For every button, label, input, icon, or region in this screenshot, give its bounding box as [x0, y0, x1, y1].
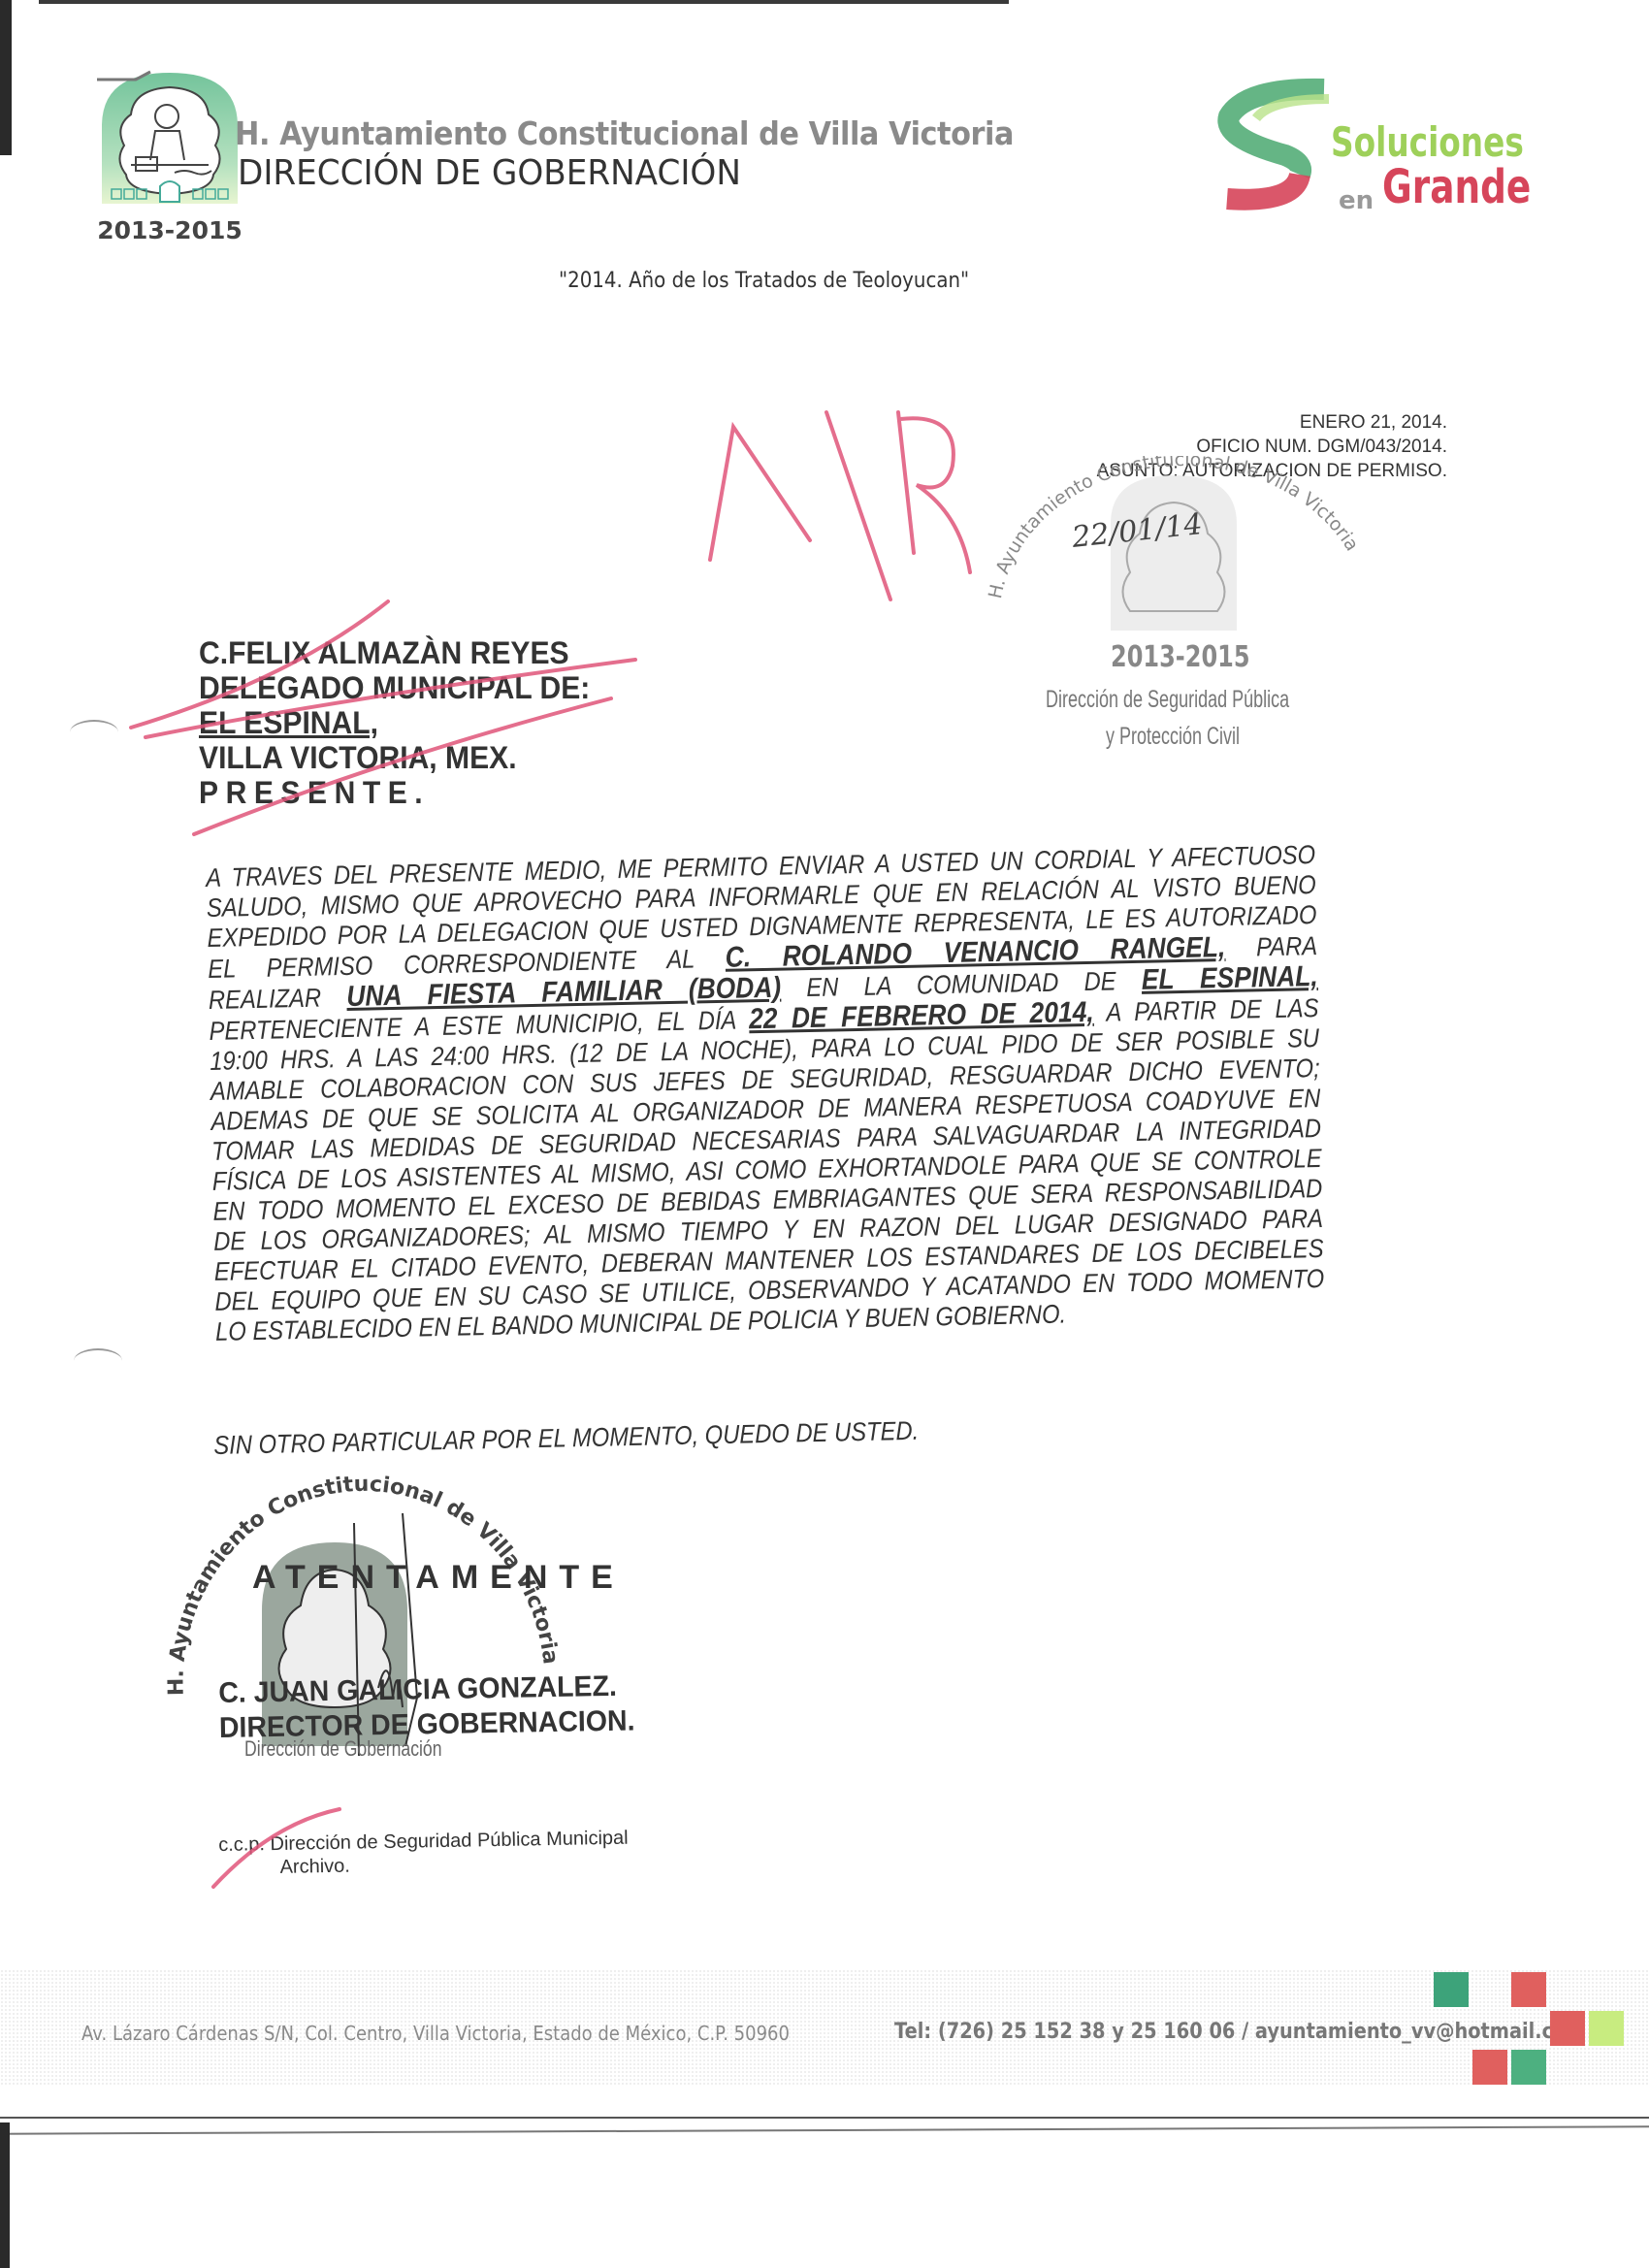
letter-date: ENERO 21, 2014.	[1300, 412, 1447, 434]
received-stamp: H. Ayuntamiento Constitucional de Villa …	[970, 456, 1397, 766]
decor-square	[1472, 2050, 1507, 2085]
event-community: EL ESPINAL,	[1141, 960, 1318, 996]
institution-name: H. Ayuntamiento Constitucional de Villa …	[235, 114, 1014, 152]
footer-address: Av. Lázaro Cárdenas S/N, Col. Centro, Vi…	[81, 2022, 790, 2045]
footer-contact: Tel: (726) 25 152 38 y 25 160 06 / ayunt…	[894, 2020, 1586, 2044]
addressee-name: C.FELIX ALMAZÀN REYES	[199, 635, 590, 670]
scan-edge	[0, 0, 12, 155]
closing-line: SIN OTRO PARTICULAR POR EL MOMENTO, QUED…	[213, 1416, 919, 1461]
page-edge	[0, 2117, 1649, 2119]
scan-edge	[39, 0, 1009, 4]
page-edge	[0, 2125, 1649, 2134]
body-text: REALIZAR	[209, 983, 347, 1015]
scan-edge	[0, 2122, 10, 2268]
seal-department: Dirección de Gobernación	[244, 1736, 442, 1762]
addressee-block: C.FELIX ALMAZÀN REYES DELEGADO MUNICIPAL…	[199, 635, 590, 810]
municipal-logo: 2013-2015	[97, 68, 242, 252]
decor-square	[1550, 2011, 1585, 2046]
stamp-dept-line1: Dirección de Seguridad Pública	[1046, 686, 1289, 714]
signer-block: C. JUAN GALICIA GONZALEZ. DIRECTOR DE GO…	[218, 1669, 635, 1746]
brand-line1: Soluciones	[1331, 118, 1524, 166]
carbon-copy: c.c.p. Dirección de Seguridad Pública Mu…	[218, 1827, 629, 1880]
addressee-community: EL ESPINAL,	[199, 705, 590, 740]
valediction: ATENTAMENTE	[252, 1559, 625, 1597]
oficio-number: OFICIO NUM. DGM/043/2014.	[1196, 437, 1447, 458]
decor-square	[1511, 1972, 1546, 2007]
decor-square	[1434, 1972, 1469, 2007]
salutation: PRESENTE.	[199, 775, 590, 810]
decor-square	[1511, 2050, 1546, 2085]
stamp-years: 2013-2015	[1111, 640, 1250, 674]
body-text: A PARTIR DE LAS	[1093, 993, 1318, 1027]
addressee-location: VILLA VICTORIA, MEX.	[199, 740, 590, 775]
brand-line2-small: en	[1339, 186, 1374, 215]
punch-hole	[70, 720, 118, 745]
letter-body: A TRAVES DEL PRESENTE MEDIO, ME PERMITO …	[206, 840, 1325, 1347]
decor-square	[1589, 2011, 1624, 2046]
addressee-title: DELEGADO MUNICIPAL DE:	[199, 670, 590, 705]
svg-text:2013-2015: 2013-2015	[97, 216, 242, 244]
body-text: PARA	[1225, 931, 1317, 962]
stamp-dept-line2: y Protección Civil	[1106, 723, 1240, 751]
year-motto: "2014. Año de los Tratados de Teoloyucan…	[559, 269, 969, 293]
punch-hole	[74, 1348, 122, 1374]
brand-line2: Grande	[1382, 160, 1531, 214]
department-name: DIRECCIÓN DE GOBERNACIÓN	[238, 153, 741, 193]
